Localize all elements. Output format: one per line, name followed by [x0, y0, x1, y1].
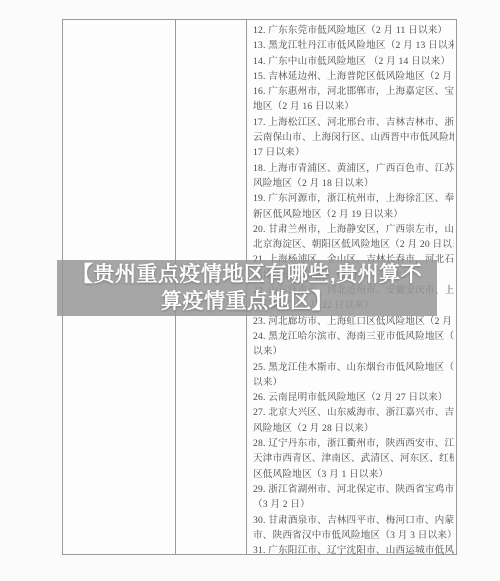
list-line: 25. 黑龙江佳木斯市、山东烟台市低风险地区（2 月 26 日 [253, 360, 454, 375]
list-line: 24. 黑龙江哈尔滨市、海南三亚市低风险地区（2 月 24 日 [253, 329, 454, 344]
list-line: 26. 云南昆明市低风险地区（2 月 27 日以来） [253, 390, 454, 405]
list-line: 以来） [253, 344, 454, 359]
list-line: 天津市西青区、津南区、武清区、河东区、红桥区、南开 [253, 451, 454, 466]
list-line: 12. 广东东莞市低风险地区（2 月 11 日以来） [253, 23, 454, 38]
list-line: 28. 辽宁丹东市，浙江衢州市，陕西西安市、江苏徐州市、 [253, 436, 454, 451]
headline-overlay: 【贵州重点疫情地区有哪些,贵州算不 算疫情重点地区】 [57, 260, 437, 316]
headline-line-2: 算疫情重点地区】 [161, 288, 333, 315]
list-line: 北京海淀区、朝阳区低风险地区（2 月 20 日以来） [253, 237, 454, 252]
list-line: 31. 广东阳江市、辽宁沈阳市、山西运城市低风险地区（3 [253, 543, 454, 555]
list-line: 15. 吉林延边州、上海普陀区低风险地区（2 月 15 日） [253, 69, 454, 84]
list-line: 17. 上海松江区、河北邢台市、吉林吉林市、浙江温州市、 [253, 115, 454, 130]
list-line: 市、陕西省汉中市低风险地区（3 月 3 日以来） [253, 528, 454, 543]
list-line: 以来） [253, 375, 454, 390]
list-line: 29. 浙江省湖州市、河北保定市、陕西省宝鸡市低风险地区 [253, 482, 454, 497]
document-page: 12. 广东东莞市低风险地区（2 月 11 日以来）13. 黑龙江牡丹江市低风险… [0, 0, 500, 581]
list-line: 19. 广东河源市，浙江杭州市，上海徐汇区、奉贤区、浦东 [253, 191, 454, 206]
list-line: 地区（2 月 16 日以来） [253, 99, 454, 114]
list-line: 16. 广东惠州市，河北邯郸市，上海嘉定区、宝山区低风险 [253, 84, 454, 99]
list-line: （3 月 2 日） [253, 497, 454, 512]
list-line: 17 日以来） [253, 145, 454, 160]
list-line: 27. 北京大兴区、山东威海市、浙江嘉兴市、吉林辽源市低 [253, 405, 454, 420]
list-line: 30. 甘肃酒泉市、吉林四平市、梅河口市、内蒙古鄂尔多斯 [253, 513, 454, 528]
list-line: 风险地区（2 月 18 日以来） [253, 176, 454, 191]
list-line: 新区低风险地区（2 月 19 日以来） [253, 207, 454, 222]
list-line: 云南保山市、上海闵行区、山西晋中市低风险地区（2 月 [253, 130, 454, 145]
list-line: 13. 黑龙江牡丹江市低风险地区（2 月 13 日以来） [253, 38, 454, 53]
list-line: 风险地区（2 月 28 日以来） [253, 421, 454, 436]
list-line: 区低风险地区（3 月 1 日以来） [253, 467, 454, 482]
list-line: 20. 甘肃兰州市，上海静安区，广西崇左市，山西太原市， [253, 222, 454, 237]
headline-line-1: 【贵州重点疫情地区有哪些,贵州算不 [72, 261, 422, 288]
list-line: 18. 上海市青浦区、黄浦区，广西百色市、江苏连云港市低 [253, 161, 454, 176]
list-line: 14. 广东中山市低风险地区 （2 月 14 日以来） [253, 54, 454, 69]
